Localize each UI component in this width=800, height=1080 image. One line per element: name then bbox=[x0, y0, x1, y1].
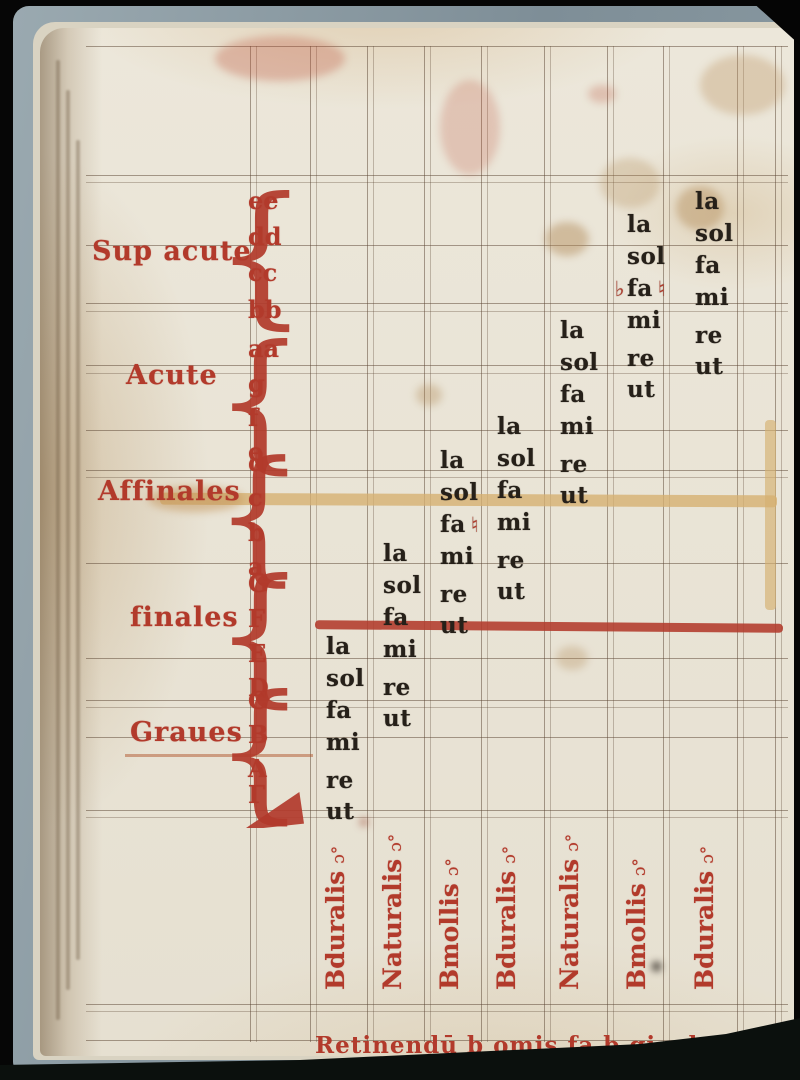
ruling-hline bbox=[86, 1011, 788, 1012]
syllable: mi bbox=[440, 543, 474, 570]
syllable: ut bbox=[695, 353, 723, 380]
gamut-letter: aa bbox=[248, 334, 296, 363]
gamut-letter: cc bbox=[248, 258, 296, 287]
right-tan-line bbox=[765, 420, 776, 610]
syllable: re bbox=[497, 547, 525, 574]
syllable: mi bbox=[383, 636, 417, 663]
syllable: fa bbox=[440, 511, 466, 538]
ruling-vline bbox=[487, 46, 488, 1042]
hexachord-name: Bmollis bbox=[435, 883, 464, 990]
syllable: re bbox=[383, 674, 411, 701]
ruling-vline bbox=[669, 46, 670, 1042]
gamut-letter: f bbox=[248, 403, 296, 432]
syllable-fa-row: fa bbox=[363, 604, 414, 631]
syllable: re bbox=[695, 322, 723, 349]
label-flourish: ɔ° bbox=[630, 858, 650, 876]
ruling-hline bbox=[86, 182, 788, 183]
ruling-hline bbox=[86, 311, 788, 312]
hexachord-name-label-1: Naturalisɔ° bbox=[378, 832, 408, 990]
gamut-letter: d bbox=[248, 448, 296, 477]
register-label-1: Acute bbox=[126, 360, 218, 391]
syllable: fa bbox=[627, 275, 653, 302]
label-flourish: ɔ° bbox=[563, 834, 583, 852]
syllable-fa-row: fa bbox=[675, 252, 726, 279]
syllable: re bbox=[627, 345, 655, 372]
parchment-stain bbox=[700, 55, 785, 115]
gamut-letter: dd bbox=[248, 222, 296, 251]
natural-icon: ♮ bbox=[471, 513, 479, 537]
syllable: fa bbox=[695, 252, 721, 279]
label-flourish: ɔ° bbox=[698, 846, 718, 864]
ruling-hline bbox=[86, 303, 788, 304]
gamut-letter: B bbox=[248, 720, 296, 749]
ruling-vline bbox=[310, 46, 311, 1042]
hexachord-name-label-2: Bmollisɔ° bbox=[435, 832, 465, 990]
ruling-vline bbox=[373, 46, 374, 1042]
syllable: la bbox=[383, 540, 408, 567]
ruling-hline bbox=[86, 470, 788, 471]
syllable: fa bbox=[497, 477, 523, 504]
parchment-stain bbox=[440, 80, 500, 175]
label-flourish: ɔ° bbox=[500, 846, 520, 864]
hexachord-name-label-4: Naturalisɔ° bbox=[555, 832, 585, 990]
ruling-vline bbox=[550, 46, 551, 1042]
hexachord-name: Naturalis bbox=[378, 859, 407, 990]
syllable: ut bbox=[383, 705, 411, 732]
ruling-hline bbox=[86, 46, 788, 47]
syllable: ut bbox=[627, 376, 655, 403]
ruling-vline bbox=[544, 46, 545, 1042]
syllable-fa-row: fa bbox=[540, 381, 591, 408]
gamut-letter: G bbox=[248, 569, 296, 598]
gamut-letter: ee bbox=[248, 186, 296, 215]
syllable: mi bbox=[695, 284, 729, 311]
syllable: re bbox=[326, 767, 354, 794]
syllable: la bbox=[326, 633, 351, 660]
gamut-letter: C bbox=[248, 686, 296, 715]
ruling-vline bbox=[424, 46, 425, 1042]
syllable: sol bbox=[695, 220, 734, 247]
ruling-vline bbox=[430, 46, 431, 1042]
syllable: sol bbox=[560, 349, 599, 376]
label-flourish: ɔ° bbox=[386, 834, 406, 852]
parchment-stain bbox=[215, 36, 345, 81]
syllable: sol bbox=[440, 479, 479, 506]
parchment-stain bbox=[588, 85, 616, 103]
hexachord-name-label-5: Bmollisɔ° bbox=[622, 832, 652, 990]
ruling-vline bbox=[781, 46, 782, 1042]
manuscript-photo: Sup acute{eeddccbbAcute{aagfeAffinales{d… bbox=[0, 0, 800, 1080]
syllable: sol bbox=[627, 243, 666, 270]
ruling-hline bbox=[86, 810, 788, 811]
syllable: sol bbox=[497, 445, 536, 472]
syllable: sol bbox=[326, 665, 365, 692]
hexachord-name: Bmollis bbox=[622, 883, 651, 990]
ruling-vline bbox=[481, 46, 482, 1042]
flat-or-natural-icon: ♭ bbox=[607, 277, 625, 301]
hexachord-name: Bduralis bbox=[321, 871, 350, 990]
ruling-vline bbox=[316, 46, 317, 1042]
ruling-hline bbox=[86, 563, 788, 564]
gamut-letter: F bbox=[248, 604, 296, 633]
ruling-hline bbox=[86, 175, 788, 176]
syllable-fa-row: ♭fa♮ bbox=[607, 275, 666, 302]
ruling-vline bbox=[663, 46, 664, 1042]
label-flourish: ɔ° bbox=[329, 846, 349, 864]
syllable-fa-row: fa♮ bbox=[420, 511, 479, 538]
parchment-stain bbox=[652, 962, 661, 971]
syllable: mi bbox=[627, 307, 661, 334]
hexachord-name-label-3: Bduralisɔ° bbox=[492, 832, 522, 990]
syllable: la bbox=[560, 317, 585, 344]
natural-icon: ♮ bbox=[658, 277, 666, 301]
ruling-vline bbox=[743, 46, 744, 1042]
gutter-streak bbox=[76, 140, 80, 960]
hexachord-name-label-0: Bduralisɔ° bbox=[321, 832, 351, 990]
syllable: fa bbox=[560, 381, 586, 408]
syllable: la bbox=[440, 447, 465, 474]
gutter-streak bbox=[56, 60, 60, 1020]
syllable: mi bbox=[560, 413, 594, 440]
ruling-hline bbox=[86, 430, 788, 431]
syllable-fa-row: fa bbox=[306, 697, 357, 724]
parchment-stain bbox=[545, 222, 589, 256]
parchment-stain bbox=[556, 646, 588, 670]
syllable: la bbox=[695, 188, 720, 215]
syllable: la bbox=[627, 211, 652, 238]
ruling-hline bbox=[86, 817, 788, 818]
ruling-hline bbox=[86, 700, 788, 701]
gamut-letter: A bbox=[248, 754, 296, 783]
syllable: re bbox=[440, 581, 468, 608]
syllable: la bbox=[497, 413, 522, 440]
parchment-stain bbox=[416, 384, 442, 406]
hexachord-name-label-6: Bduralisɔ° bbox=[690, 832, 720, 990]
gamut-letter: c bbox=[248, 483, 296, 512]
ruling-vline bbox=[737, 46, 738, 1042]
ruling-hline bbox=[86, 658, 788, 659]
parchment-stain bbox=[600, 158, 660, 208]
syllable: ut bbox=[497, 578, 525, 605]
syllable: ut bbox=[560, 482, 588, 509]
gamut-letter: b bbox=[248, 518, 296, 547]
hexachord-name: Bduralis bbox=[492, 871, 521, 990]
syllable: fa bbox=[326, 697, 352, 724]
label-flourish: ɔ° bbox=[443, 858, 463, 876]
gutter-streak bbox=[66, 90, 70, 990]
hexachord-name: Bduralis bbox=[690, 871, 719, 990]
syllable: re bbox=[560, 451, 588, 478]
syllable-fa-row: fa bbox=[477, 477, 528, 504]
gamut-letter: g bbox=[248, 369, 296, 398]
ruling-hline bbox=[86, 1004, 788, 1005]
ruling-hline bbox=[86, 707, 788, 708]
syllable: mi bbox=[497, 509, 531, 536]
syllable: ut bbox=[326, 798, 354, 825]
syllable: ut bbox=[440, 612, 468, 639]
syllable: mi bbox=[326, 729, 360, 756]
syllable: fa bbox=[383, 604, 409, 631]
parchment-stain bbox=[360, 818, 368, 826]
ruling-vline bbox=[367, 46, 368, 1042]
syllable: sol bbox=[383, 572, 422, 599]
hexachord-name: Naturalis bbox=[555, 859, 584, 990]
